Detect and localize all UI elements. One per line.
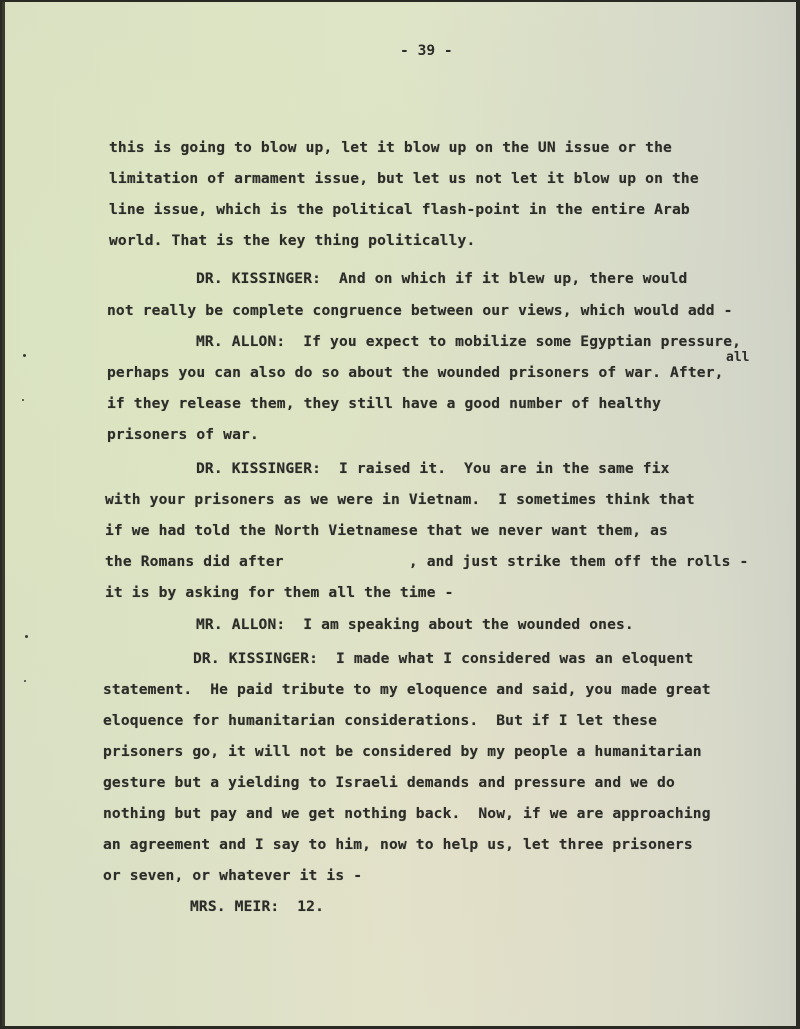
- text-line: an agreement and I say to him, now to he…: [103, 836, 693, 853]
- scan-speck: [24, 680, 26, 682]
- text-line: eloquence for humanitarian consideration…: [103, 712, 657, 729]
- speaker-line-kissinger: DR. KISSINGER: I made what I considered …: [193, 650, 693, 667]
- speaker-line-allon: MR. ALLON: I am speaking about the wound…: [196, 616, 634, 633]
- document-page: - 39 - this is going to blow up, let it …: [2, 2, 796, 1026]
- text-line: if they release them, they still have a …: [107, 395, 661, 412]
- scan-speck: [22, 399, 24, 401]
- text-line: not really be complete congruence betwee…: [107, 302, 733, 319]
- text-line: perhaps you can also do so about the wou…: [107, 364, 724, 381]
- text-line: it is by asking for them all the time -: [105, 584, 454, 601]
- speaker-line-allon: MR. ALLON: If you expect to mobilize som…: [196, 333, 741, 350]
- text-line: prisoners of war.: [107, 426, 259, 443]
- text-line: limitation of armament issue, but let us…: [109, 170, 699, 187]
- text-line: gesture but a yielding to Israeli demand…: [103, 774, 675, 791]
- text-line: world. That is the key thing politically…: [109, 232, 475, 249]
- page-number: - 39 -: [400, 42, 453, 59]
- text-line: statement. He paid tribute to my eloquen…: [103, 681, 711, 698]
- text-line: nothing but pay and we get nothing back.…: [103, 805, 711, 822]
- speaker-line-kissinger: DR. KISSINGER: And on which if it blew u…: [196, 270, 688, 287]
- speaker-line-kissinger: DR. KISSINGER: I raised it. You are in t…: [196, 460, 670, 477]
- speaker-line-meir: MRS. MEIR: 12.: [190, 898, 324, 915]
- scan-speck: [25, 635, 28, 638]
- text-line: the Romans did after , and just strike t…: [105, 553, 748, 570]
- text-line: prisoners go, it will not be considered …: [103, 743, 702, 760]
- text-line: or seven, or whatever it is -: [103, 867, 362, 884]
- text-line: with your prisoners as we were in Vietna…: [105, 491, 695, 508]
- text-line: this is going to blow up, let it blow up…: [109, 139, 672, 156]
- scan-speck: [23, 354, 26, 357]
- handwritten-insert: all: [726, 350, 749, 365]
- text-line: line issue, which is the political flash…: [109, 201, 690, 218]
- text-line: if we had told the North Vietnamese that…: [105, 522, 668, 539]
